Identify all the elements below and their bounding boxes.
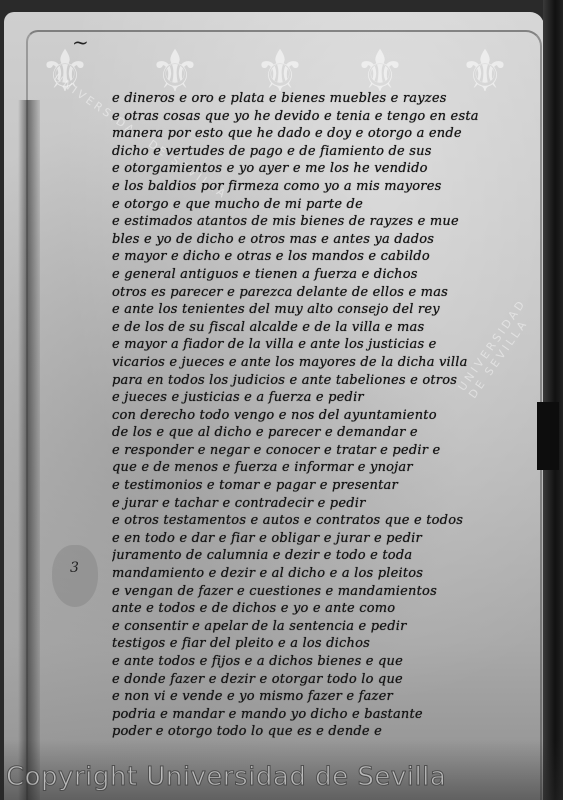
manuscript-line: e responder e negar e conocer e tratar e… [112, 442, 532, 460]
manuscript-line: con derecho todo vengo e nos del ayuntam… [112, 407, 532, 425]
manuscript-line: e otras cosas que yo he devido e tenia e… [112, 108, 532, 126]
margin-mark: ~ [72, 30, 89, 54]
manuscript-line: e testimonios e tomar e pagar e presenta… [112, 477, 532, 495]
manuscript-line: que e de menos e fuerza e informar e yno… [112, 459, 532, 477]
manuscript-line: manera por esto que he dado e doy e otor… [112, 125, 532, 143]
manuscript-line: e dineros e oro e plata e bienes muebles… [112, 90, 532, 108]
manuscript-line: e los baldios por firmeza como yo a mis … [112, 178, 532, 196]
manuscript-line: e de los de su fiscal alcalde e de la vi… [112, 319, 532, 337]
manuscript-line: e consentir e apelar de la sentencia e p… [112, 618, 532, 636]
manuscript-line: vicarios e jueces e ante los mayores de … [112, 354, 532, 372]
manuscript-line: e vengan de fazer e cuestiones e mandami… [112, 583, 532, 601]
scanned-document: ⚜ ⚜ ⚜ ⚜ ⚜ UNIVERSIDAD DE SEVILLA UNIVERS… [0, 0, 563, 800]
manuscript-line: e mayor a fiador de la villa e ante los … [112, 336, 532, 354]
manuscript-line: podria e mandar e mando yo dicho e basta… [112, 706, 532, 724]
manuscript-line: e ante todos e fijos e a dichos bienes e… [112, 653, 532, 671]
manuscript-line: de los e que al dicho e parecer e demand… [112, 424, 532, 442]
manuscript-line: e mayor e dicho e otras e los mandos e c… [112, 248, 532, 266]
manuscript-line: e non vi e vende e yo mismo fazer e faze… [112, 688, 532, 706]
manuscript-line: mandamiento e dezir e al dicho e a los p… [112, 565, 532, 583]
manuscript-line: e otros testamentos e autos e contratos … [112, 512, 532, 530]
manuscript-line: e jueces e justicias e a fuerza e pedir [112, 389, 532, 407]
manuscript-line: e en todo e dar e fiar e obligar e jurar… [112, 530, 532, 548]
folio-number: 3 [70, 560, 79, 576]
manuscript-line: e otorgamientos e yo ayer e me los he ve… [112, 160, 532, 178]
page-fold-shadow [18, 100, 40, 800]
manuscript-line: e general antiguos e tienen a fuerza e d… [112, 266, 532, 284]
manuscript-line: e otorgo e que mucho de mi parte de [112, 196, 532, 214]
manuscript-line: otros es parecer e parezca delante de el… [112, 284, 532, 302]
manuscript-line: dicho e vertudes de pago e de fiamiento … [112, 143, 532, 161]
manuscript-line: e jurar e tachar e contradecir e pedir [112, 495, 532, 513]
manuscript-line: ante e todos e de dichos e yo e ante com… [112, 600, 532, 618]
manuscript-line: e donde fazer e dezir e otorgar todo lo … [112, 671, 532, 689]
scan-edge-tab [537, 402, 559, 470]
folio-stain [52, 545, 98, 607]
manuscript-line: poder e otorgo todo lo que es e dende e [112, 723, 532, 741]
manuscript-line: e estimados atantos de mis bienes de ray… [112, 213, 532, 231]
scan-edge-band [543, 0, 563, 800]
manuscript-line: e ante los tenientes del muy alto consej… [112, 301, 532, 319]
manuscript-line: para en todos los judicios e ante tabeli… [112, 372, 532, 390]
manuscript-line: bles e yo de dicho e otros mas e antes y… [112, 231, 532, 249]
manuscript-line: testigos e fiar del pleito e a los dicho… [112, 635, 532, 653]
manuscript-line: juramento de calumnia e dezir e todo e t… [112, 547, 532, 565]
copyright-watermark: Copyright Universidad de Sevilla [6, 762, 446, 792]
manuscript-text: e dineros e oro e plata e bienes muebles… [112, 90, 532, 741]
